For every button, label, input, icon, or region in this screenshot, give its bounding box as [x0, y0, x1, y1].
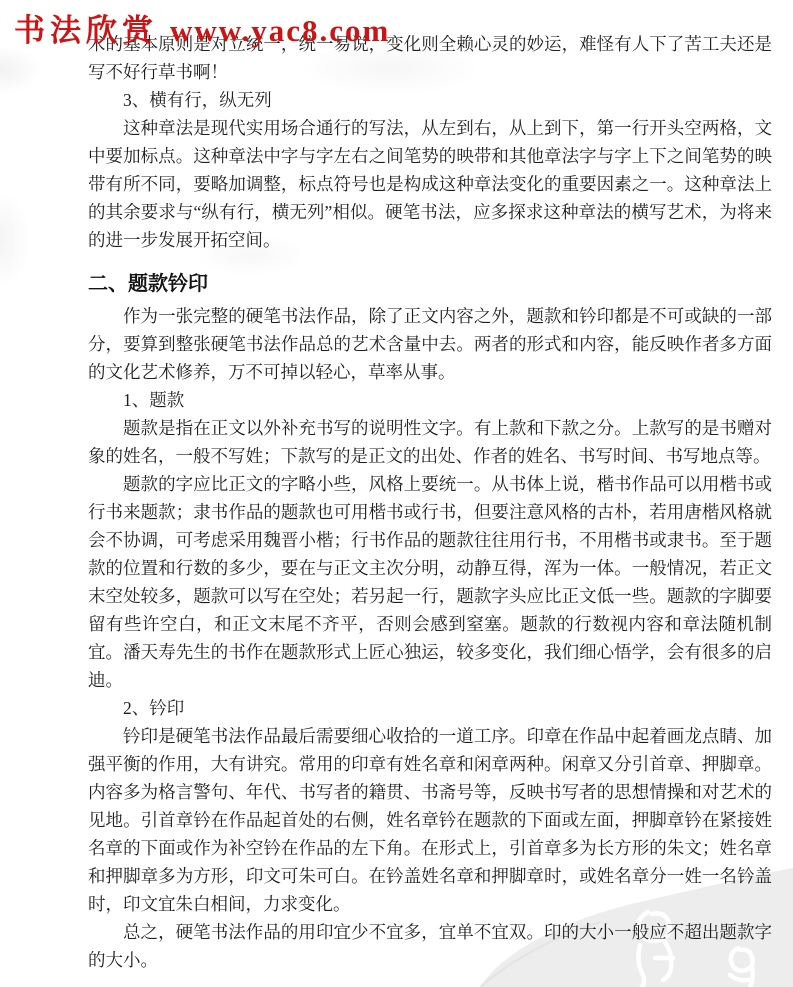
paragraph: 题款的字应比正文的字略小些，风格上要统一。从书体上说，楷书作品可以用楷书或行书来…: [88, 470, 772, 694]
site-watermark: 书法欣赏 www.yac8.com: [14, 5, 390, 50]
scanned-book-page: { "site_watermark": { "text_cn": "书法欣赏",…: [0, 0, 793, 987]
watermark-cn-text: 书法欣赏: [14, 5, 158, 50]
paragraph: 2、钤印: [88, 694, 772, 722]
paragraph: 作为一张完整的硬笔书法作品，除了正文内容之外，题款和钤印都是不可或缺的一部分，要…: [88, 302, 772, 386]
paragraph: 题款是指在正文以外补充书写的说明性文字。有上款和下款之分。上款写的是书赠对象的姓…: [88, 414, 772, 470]
paragraph: 1、题款: [88, 386, 772, 414]
paragraph: 钤印是硬笔书法作品最后需要细心收拾的一道工序。印章在作品中起着画龙点睛、加强平衡…: [88, 722, 772, 918]
section-heading: 二、题款钤印: [88, 270, 772, 298]
watermark-url-text: www.yac8.com: [170, 13, 390, 49]
paragraph: 总之，硬笔书法作品的用印宜少不宜多，宜单不宜双。印的大小一般应不超出题款字的大小…: [88, 918, 772, 974]
document-body: 术的基本原则是对立统一，统一易说，变化则全赖心灵的妙运，难怪有人下了苦工夫还是写…: [88, 30, 772, 974]
paragraph: 这种章法是现代实用场合通行的写法，从左到右，从上到下，第一行开头空两格，文中要加…: [88, 114, 772, 254]
paragraph: 3、横有行，纵无列: [88, 86, 772, 114]
